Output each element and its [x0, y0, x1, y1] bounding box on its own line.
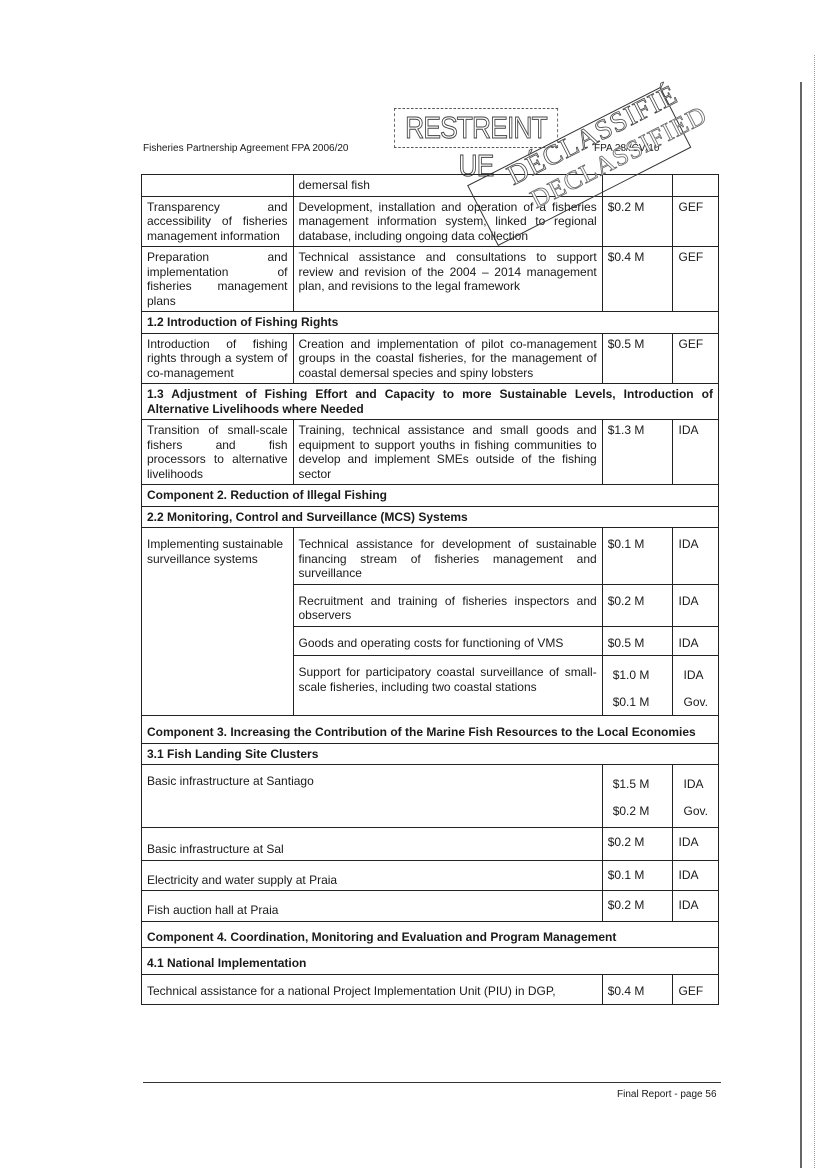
table-row: Basic infrastructure at Santiago $1.5 M …	[142, 765, 719, 828]
section-heading: 1.3 Adjustment of Fishing Effort and Cap…	[142, 384, 719, 420]
document-header-title: Fisheries Partnership Agreement FPA 2006…	[143, 143, 348, 154]
source-cell: IDA	[673, 891, 719, 922]
table-row: Transparency and accessibility of fisher…	[142, 196, 719, 247]
description-cell: Basic infrastructure at Sal	[142, 828, 603, 861]
amount-cell: $1.3 M	[602, 420, 673, 485]
source-cell: GEF	[673, 247, 719, 312]
section-heading-row: 2.2 Monitoring, Control and Surveillance…	[142, 506, 719, 528]
description-cell: Technical assistance and consultations t…	[293, 247, 602, 312]
amount-cell: $0.1 M	[602, 528, 673, 585]
document-reference: FPA 28//CV/10	[594, 143, 659, 154]
source-cell	[673, 175, 719, 197]
description-cell: Goods and operating costs for functionin…	[293, 626, 602, 656]
table-row: Electricity and water supply at Praia $0…	[142, 860, 719, 891]
source-value: Gov.	[678, 686, 713, 713]
table-row: Preparation and implementation of fisher…	[142, 247, 719, 312]
source-cell: GEF	[673, 333, 719, 384]
amount-value: $1.5 M	[608, 768, 668, 795]
table-row: demersal fish	[142, 175, 719, 197]
description-cell: Recruitment and training of fisheries in…	[293, 584, 602, 626]
section-heading-row: 1.2 Introduction of Fishing Rights	[142, 312, 719, 334]
activity-cell: Transition of small-scale fishers and fi…	[142, 420, 294, 485]
description-cell: Basic infrastructure at Santiago	[142, 765, 603, 828]
section-heading-row: 3.1 Fish Landing Site Clusters	[142, 743, 719, 765]
component-heading: Component 4. Coordination, Monitoring an…	[142, 921, 719, 948]
source-cell: GEF	[673, 196, 719, 247]
section-heading: 3.1 Fish Landing Site Clusters	[142, 743, 719, 765]
source-cell: IDA	[673, 584, 719, 626]
source-cell: IDA Gov.	[673, 765, 719, 828]
description-cell: Fish auction hall at Praia	[142, 891, 603, 922]
source-cell: IDA	[673, 420, 719, 485]
table-row: Basic infrastructure at Sal $0.2 M IDA	[142, 828, 719, 861]
activity-cell: Implementing sustainable surveillance sy…	[142, 528, 294, 716]
table-row: Technical assistance for a national Proj…	[142, 974, 719, 1005]
budget-table: demersal fish Transparency and accessibi…	[141, 174, 719, 1005]
amount-cell: $0.2 M	[602, 891, 673, 922]
amount-cell: $0.2 M	[602, 196, 673, 247]
component-heading-row: Component 3. Increasing the Contribution…	[142, 716, 719, 744]
amount-value: $1.0 M	[608, 659, 668, 686]
amount-cell	[602, 175, 673, 197]
scan-edge-dotted	[814, 55, 815, 1168]
source-cell: IDA	[673, 860, 719, 891]
amount-cell: $0.4 M	[602, 247, 673, 312]
scan-edge	[800, 82, 802, 1168]
section-heading: 4.1 National Implementation	[142, 948, 719, 975]
source-value: IDA	[678, 659, 713, 686]
description-cell: Technical assistance for development of …	[293, 528, 602, 585]
source-value: IDA	[678, 768, 713, 795]
amount-cell: $1.5 M $0.2 M	[602, 765, 673, 828]
section-heading-row: 4.1 National Implementation	[142, 948, 719, 975]
component-heading: Component 2. Reduction of Illegal Fishin…	[142, 485, 719, 507]
component-heading-row: Component 2. Reduction of Illegal Fishin…	[142, 485, 719, 507]
footer-divider	[143, 1082, 721, 1083]
source-cell: GEF	[673, 974, 719, 1005]
page-footer: Final Report - page 56	[617, 1089, 717, 1100]
table-row: Introduction of fishing rights through a…	[142, 333, 719, 384]
amount-cell: $0.1 M	[602, 860, 673, 891]
source-cell: IDA	[673, 828, 719, 861]
amount-cell: $1.0 M $0.1 M	[602, 656, 673, 716]
source-cell: IDA Gov.	[673, 656, 719, 716]
amount-cell: $0.5 M	[602, 626, 673, 656]
restreint-ue-stamp: RESTREINT UE	[394, 108, 558, 148]
section-heading: 2.2 Monitoring, Control and Surveillance…	[142, 506, 719, 528]
amount-cell: $0.5 M	[602, 333, 673, 384]
component-heading: Component 3. Increasing the Contribution…	[142, 716, 719, 744]
activity-cell: Transparency and accessibility of fisher…	[142, 196, 294, 247]
description-cell: Technical assistance for a national Proj…	[142, 974, 603, 1005]
activity-cell	[142, 175, 294, 197]
amount-value: $0.2 M	[608, 795, 668, 825]
description-cell: Development, installation and operation …	[293, 196, 602, 247]
description-cell: Support for participatory coastal survei…	[293, 656, 602, 716]
amount-cell: $0.2 M	[602, 584, 673, 626]
table-row: Transition of small-scale fishers and fi…	[142, 420, 719, 485]
source-cell: IDA	[673, 626, 719, 656]
description-cell: Training, technical assistance and small…	[293, 420, 602, 485]
description-cell: Electricity and water supply at Praia	[142, 860, 603, 891]
table-row: Implementing sustainable surveillance sy…	[142, 528, 719, 585]
section-heading: 1.2 Introduction of Fishing Rights	[142, 312, 719, 334]
description-cell: demersal fish	[293, 175, 602, 197]
table-row: Fish auction hall at Praia $0.2 M IDA	[142, 891, 719, 922]
amount-value: $0.1 M	[608, 686, 668, 713]
section-heading-row: 1.3 Adjustment of Fishing Effort and Cap…	[142, 384, 719, 420]
activity-cell: Introduction of fishing rights through a…	[142, 333, 294, 384]
component-heading-row: Component 4. Coordination, Monitoring an…	[142, 921, 719, 948]
activity-cell: Preparation and implementation of fisher…	[142, 247, 294, 312]
amount-cell: $0.4 M	[602, 974, 673, 1005]
source-cell: IDA	[673, 528, 719, 585]
source-value: Gov.	[678, 795, 713, 825]
description-cell: Creation and implementation of pilot co-…	[293, 333, 602, 384]
amount-cell: $0.2 M	[602, 828, 673, 861]
